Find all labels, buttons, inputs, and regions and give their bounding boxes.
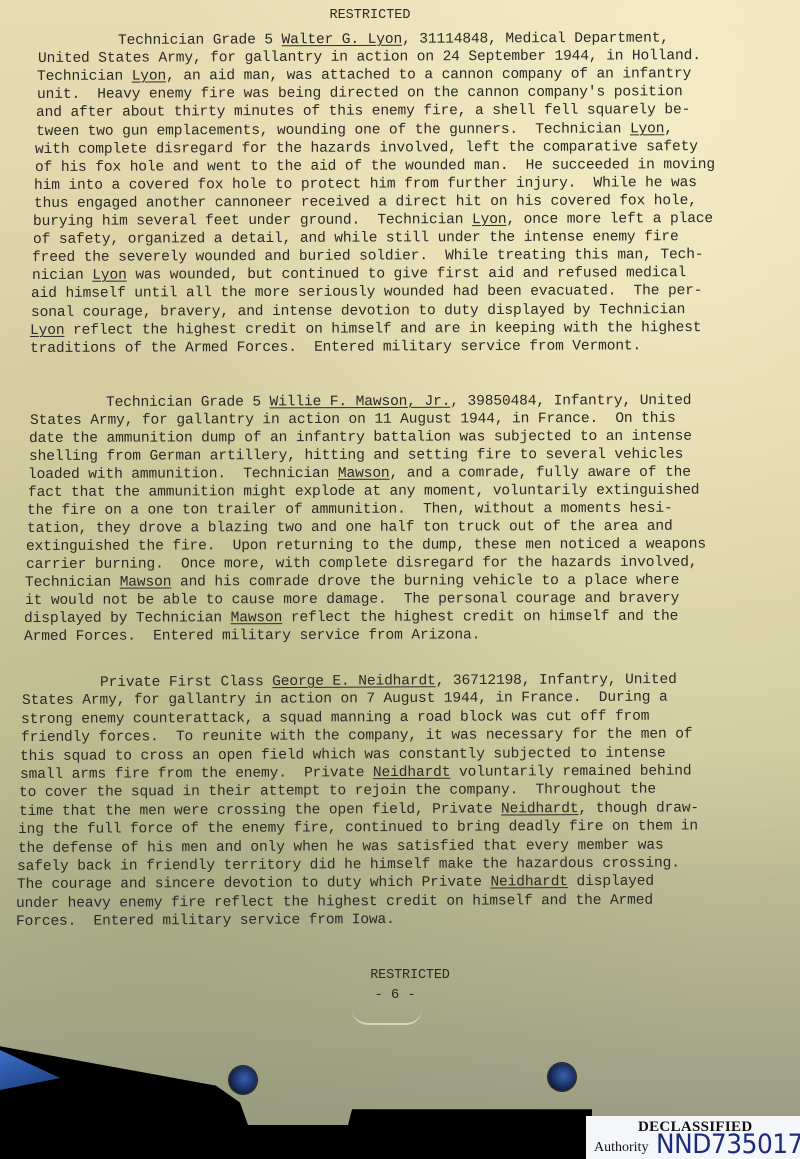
text-segment: Technician Grade 5 bbox=[106, 394, 270, 411]
text-line: fact that the ammunition might explode a… bbox=[27, 482, 698, 502]
text-segment: it would not be able to cause more damag… bbox=[24, 591, 678, 609]
text-segment: displayed by Technician bbox=[24, 610, 231, 627]
text-line: tween two gun emplacements, wounding one… bbox=[35, 120, 672, 141]
text-segment: Forces. Entered military service from Io… bbox=[15, 912, 394, 930]
text-line: loaded with ammunition. Technician Mawso… bbox=[28, 464, 691, 484]
text-line: displayed by Technician Mawson reflect t… bbox=[24, 608, 678, 628]
text-segment: Technician bbox=[25, 575, 120, 591]
text-line: sonal courage, bravery, and intense devo… bbox=[30, 301, 684, 322]
text-line: Technician Mawson and his comrade drove … bbox=[25, 572, 679, 592]
text-segment: carrier burning. Once more, with complet… bbox=[25, 555, 696, 573]
text-line: with complete disregard for the hazards … bbox=[35, 138, 698, 159]
authority-label: Authority bbox=[594, 1140, 648, 1156]
classification-footer: RESTRICTED bbox=[0, 968, 800, 983]
text-line: shelling from German artillery, hitting … bbox=[28, 446, 682, 466]
text-segment: sonal courage, bravery, and intense devo… bbox=[30, 302, 684, 321]
text-segment: thus engaged another cannoneer received … bbox=[33, 193, 696, 212]
text-segment: extinguished the fire. Upon returning to… bbox=[26, 537, 706, 555]
text-segment: ing the full force of the enemy fire, co… bbox=[18, 819, 698, 839]
text-segment: States Army, for gallantry in action on … bbox=[29, 411, 675, 429]
text-line: States Army, for gallantry in action on … bbox=[29, 410, 675, 430]
text-line: Lyon reflect the highest credit on himse… bbox=[30, 319, 701, 340]
underlined-name: Mawson bbox=[231, 610, 283, 626]
text-line: aid himself until all the more seriously… bbox=[31, 282, 702, 303]
text-segment: freed the severely wounded and buried so… bbox=[32, 247, 703, 266]
text-line: under heavy enemy fire reflect the highe… bbox=[16, 891, 653, 912]
text-segment: , 39850484, Infantry, United bbox=[450, 393, 691, 410]
text-line: traditions of the Armed Forces. Entered … bbox=[29, 337, 640, 358]
text-segment: United States Army, for gallantry in act… bbox=[37, 48, 700, 67]
text-line: and after about thirty minutes of this e… bbox=[36, 102, 690, 123]
punch-hole-left bbox=[229, 1066, 257, 1094]
text-segment: traditions of the Armed Forces. Entered … bbox=[29, 338, 640, 357]
underlined-name: Willie F. Mawson, Jr. bbox=[270, 394, 451, 411]
text-line: the fire on a one ton trailer of ammunit… bbox=[27, 500, 673, 520]
text-segment: voluntarily remained behind bbox=[450, 763, 691, 780]
text-line: carrier burning. Once more, with complet… bbox=[25, 554, 696, 574]
underlined-name: Lyon bbox=[30, 322, 65, 338]
text-segment: time that the men were crossing the open… bbox=[18, 801, 500, 820]
underlined-name: Mawson bbox=[338, 466, 390, 482]
text-segment: strong enemy counterattack, a squad mann… bbox=[21, 709, 649, 728]
text-segment: , 36712198, Infantry, United bbox=[436, 672, 677, 689]
text-line: friendly forces. To reunite with the com… bbox=[20, 726, 691, 748]
text-segment: loaded with ammunition. Technician bbox=[28, 466, 338, 483]
page-number: - 6 - bbox=[0, 987, 790, 1003]
text-line: date the ammunition dump of an infantry … bbox=[29, 428, 692, 448]
text-segment: to cover the squad in their attempt to r… bbox=[19, 782, 656, 801]
text-segment: this squad to cross an open field which … bbox=[20, 745, 666, 764]
text-segment: Armed Forces. Entered military service f… bbox=[23, 627, 479, 645]
classification-header: RESTRICTED bbox=[0, 8, 740, 23]
text-line: it would not be able to cause more damag… bbox=[24, 590, 678, 610]
underlined-name: Lyon bbox=[629, 121, 664, 137]
text-segment: fact that the ammunition might explode a… bbox=[27, 483, 698, 501]
text-segment: tation, they drove a blazing two and one… bbox=[26, 519, 672, 537]
underlined-name: George E. Neidhardt bbox=[272, 673, 436, 690]
underlined-name: Lyon bbox=[92, 268, 127, 284]
underlined-name: Neidhardt bbox=[500, 801, 578, 817]
text-segment: , bbox=[664, 121, 673, 137]
underlined-name: Lyon bbox=[132, 69, 167, 85]
text-segment: Technician Grade 5 bbox=[118, 32, 282, 49]
punch-hole-right bbox=[548, 1063, 576, 1091]
underlined-name: Neidhardt bbox=[490, 875, 568, 891]
text-segment: of safety, organized a detail, and while… bbox=[32, 229, 678, 248]
text-segment: , 31114848, Medical Department, bbox=[402, 31, 669, 48]
text-line: ing the full force of the enemy fire, co… bbox=[18, 818, 698, 840]
text-segment: , though draw- bbox=[578, 800, 699, 817]
text-segment: and after about thirty minutes of this e… bbox=[36, 103, 690, 122]
text-segment: States Army, for gallantry in action on … bbox=[21, 690, 667, 709]
text-segment: shelling from German artillery, hitting … bbox=[28, 447, 682, 465]
text-segment: reflect the highest credit on himself an… bbox=[64, 320, 701, 339]
text-segment: displayed bbox=[567, 874, 653, 890]
text-line: Technician Grade 5 Willie F. Mawson, Jr.… bbox=[106, 392, 691, 412]
text-line: Forces. Entered military service from Io… bbox=[15, 911, 394, 931]
text-segment: reflect the highest credit on himself an… bbox=[282, 609, 678, 626]
text-segment: aid himself until all the more seriously… bbox=[31, 283, 702, 302]
text-segment: Private First Class bbox=[100, 674, 272, 691]
text-line: tation, they drove a blazing two and one… bbox=[26, 518, 672, 538]
text-segment: of his fox hole and went to the aid of t… bbox=[34, 157, 714, 176]
text-segment: the fire on a one ton trailer of ammunit… bbox=[27, 501, 673, 519]
text-segment: and his comrade drove the burning vehicl… bbox=[171, 573, 679, 591]
text-segment: The courage and sincere devotion to duty… bbox=[16, 875, 490, 893]
text-segment: date the ammunition dump of an infantry … bbox=[29, 429, 692, 447]
text-segment: under heavy enemy fire reflect the highe… bbox=[16, 892, 653, 911]
text-segment: Technician bbox=[37, 69, 132, 85]
text-segment: , and a comrade, fully aware of the bbox=[390, 465, 691, 482]
text-segment: burying him several feet under ground. T… bbox=[33, 212, 472, 230]
text-segment: , once more left a place bbox=[506, 211, 713, 228]
text-segment: nician bbox=[31, 268, 91, 284]
text-segment: was wounded, but continued to give first… bbox=[126, 265, 686, 283]
text-line: extinguished the fire. Upon returning to… bbox=[26, 536, 706, 556]
staple-mark bbox=[352, 1009, 422, 1025]
text-segment: friendly forces. To reunite with the com… bbox=[20, 727, 691, 747]
text-segment: small arms fire from the enemy. Private bbox=[19, 765, 372, 783]
text-segment: , an aid man, was attached to a cannon c… bbox=[166, 66, 691, 84]
text-line: Armed Forces. Entered military service f… bbox=[23, 626, 479, 646]
underlined-name: Neidhardt bbox=[372, 765, 450, 781]
background-corner bbox=[0, 1050, 60, 1090]
authority-value: NND735017 bbox=[656, 1129, 800, 1159]
underlined-name: Lyon bbox=[472, 212, 507, 228]
declassification-tag: DECLASSIFIED Authority NND735017 bbox=[586, 1116, 800, 1159]
text-segment: unit. Heavy enemy fire was being directe… bbox=[36, 84, 682, 103]
underlined-name: Mawson bbox=[120, 574, 172, 590]
text-segment: with complete disregard for the hazards … bbox=[35, 139, 698, 158]
text-segment: him into a covered fox hole to protect h… bbox=[34, 175, 697, 194]
underlined-name: Walter G. Lyon bbox=[282, 32, 403, 49]
text-segment: the defense of his men and only when he … bbox=[17, 837, 663, 856]
text-segment: tween two gun emplacements, wounding one… bbox=[35, 121, 629, 140]
